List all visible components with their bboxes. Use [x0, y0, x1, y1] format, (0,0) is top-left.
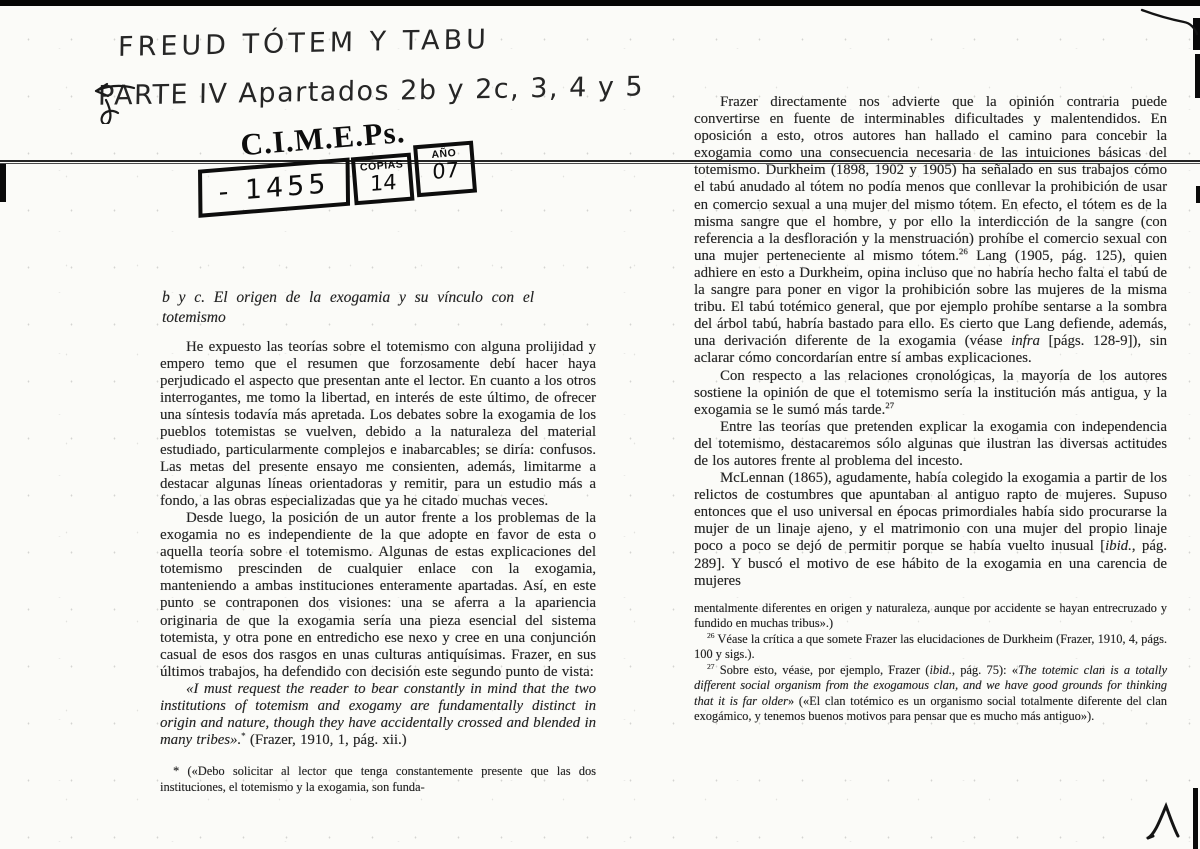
footnote: * («Debo solicitar al lector que tenga c…: [160, 764, 596, 795]
right-text-column: Frazer directamente nos advierte que la …: [694, 94, 1167, 725]
body-paragraph: He expuesto las teorías sobre el totemis…: [160, 339, 596, 510]
pen-squiggle-mark: [88, 74, 144, 124]
scan-edge-top: [0, 0, 1200, 6]
stamp-boxes: - 1455 COPIAS 14 AÑO 07: [196, 147, 489, 218]
body-paragraph: Frazer directamente nos advierte que la …: [694, 94, 1167, 368]
scanned-document-page: FREUD TÓTEM Y TABU PARTE IV Apartados 2b…: [0, 0, 1200, 849]
handwritten-subtitle: PARTE IV Apartados 2b y 2c, 3, 4 y 5: [98, 71, 645, 112]
scan-edge-artifact: [1193, 788, 1198, 849]
footnote: mentalmente diferentes en origen y natur…: [694, 601, 1167, 632]
handwritten-title: FREUD TÓTEM Y TABU: [118, 24, 490, 63]
body-paragraph: Entre las teorías que pretenden explicar…: [694, 419, 1167, 470]
body-paragraph: McLennan (1865), agudamente, había coleg…: [694, 470, 1167, 590]
library-stamp: C.I.M.E.Ps. - 1455 COPIAS 14 AÑO 07: [193, 108, 489, 218]
handwritten-page-number-mark: [1142, 798, 1186, 844]
section-heading: b y c. El origen de la exogamia y su vín…: [162, 288, 534, 328]
stamp-copies-value: 14: [370, 171, 397, 195]
left-text-column: b y c. El origen de la exogamia y su vín…: [160, 288, 596, 795]
scan-edge-artifact: [0, 163, 6, 202]
scan-edge-artifact: [1196, 186, 1200, 203]
quote-paragraph: «I must request the reader to bear const…: [160, 681, 596, 749]
scan-edge-artifact: [1195, 54, 1200, 98]
footnote: 27 Sobre esto, véase, por ejemplo, Fraze…: [694, 663, 1167, 725]
footnote: 26 Véase la crítica a que somete Frazer …: [694, 632, 1167, 663]
footnote-block: mentalmente diferentes en origen y natur…: [694, 601, 1167, 725]
body-paragraph: Con respecto a las relaciones cronológic…: [694, 368, 1167, 419]
stamp-year-value: 07: [432, 159, 459, 183]
stamp-number: - 1455: [198, 158, 350, 218]
scan-corner-squiggle: [1140, 4, 1200, 38]
body-paragraph: Desde luego, la posición de un autor fre…: [160, 510, 596, 681]
stamp-copies-box: COPIAS 14: [351, 153, 415, 206]
stamp-year-box: AÑO 07: [413, 141, 477, 198]
